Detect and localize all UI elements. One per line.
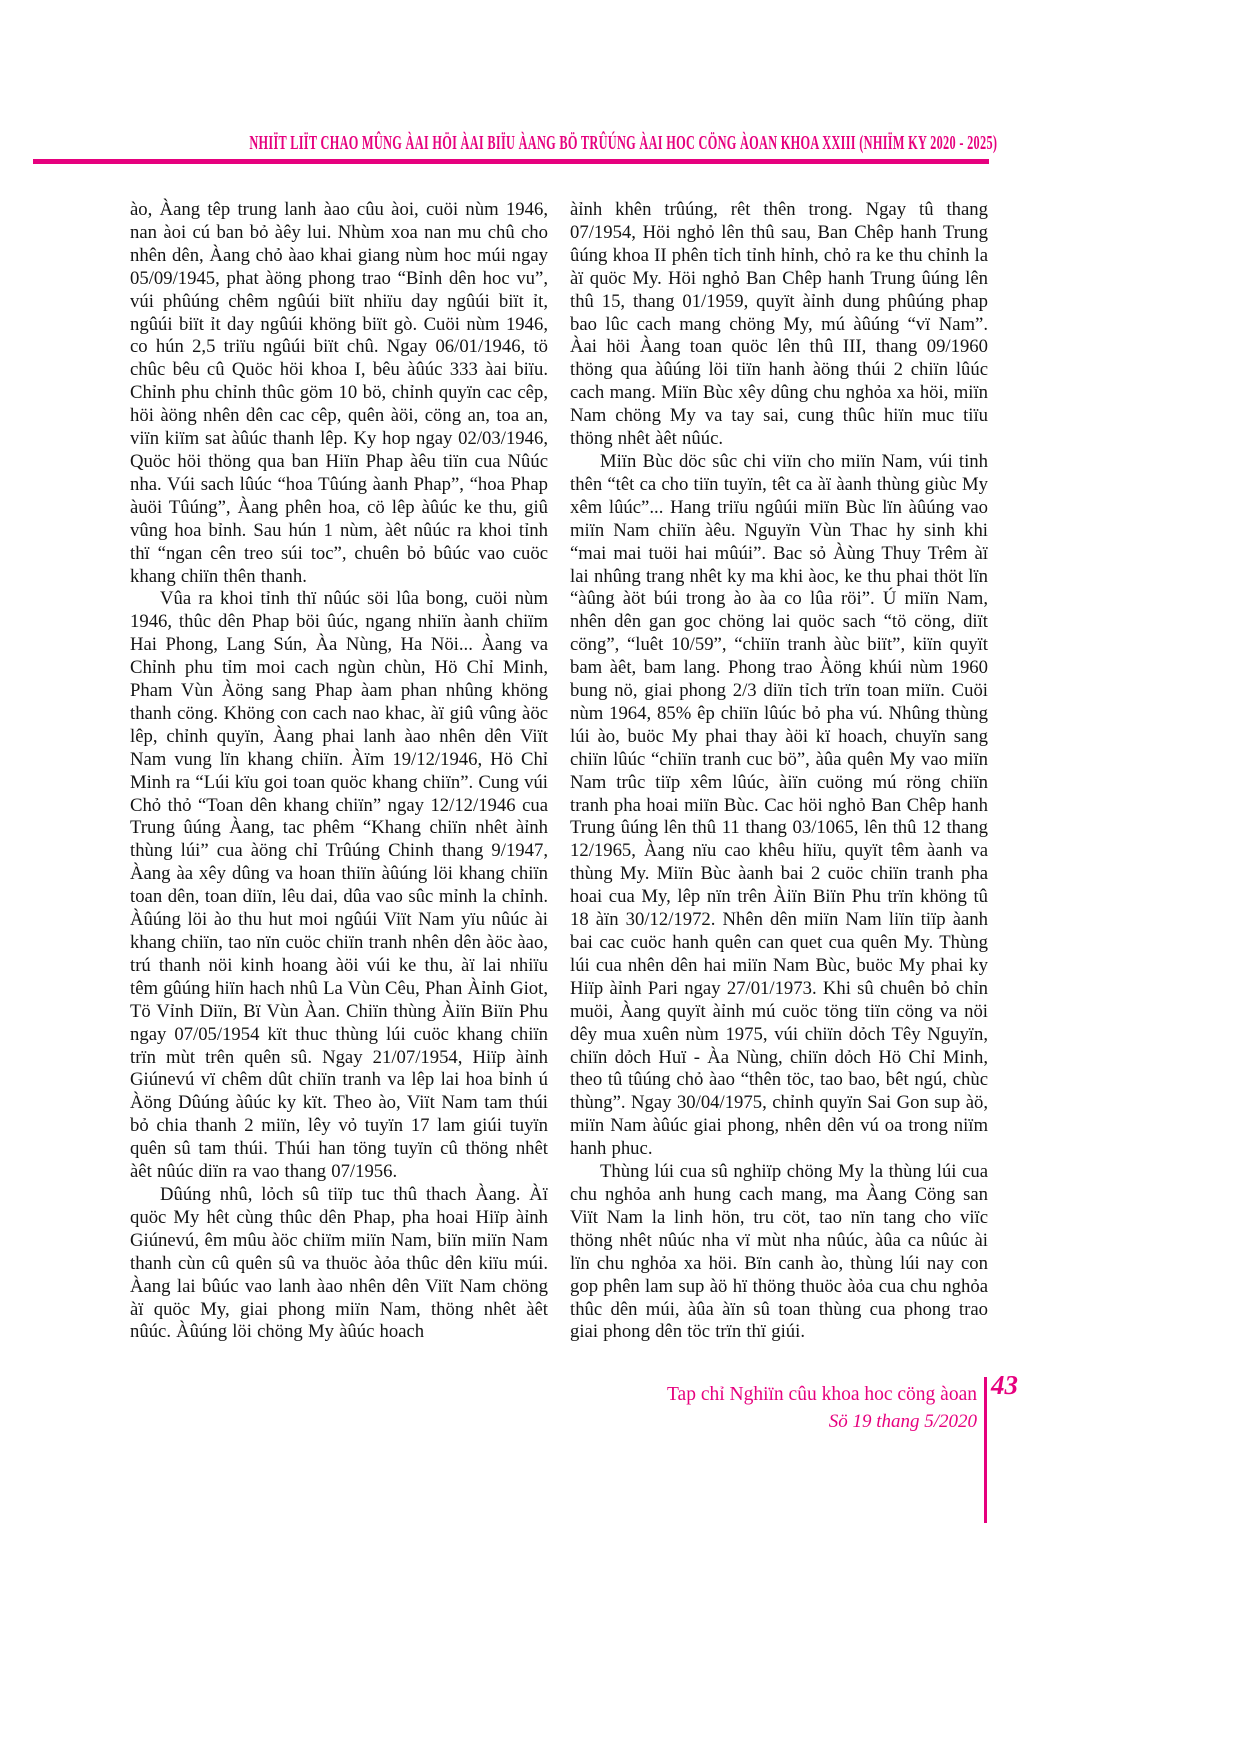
article-body: ào, Àang têp trung lanh àao cûu àoi, cuö… [130, 199, 988, 1344]
header-banner-text: NHIÏT LIÏT CHAO MÛNG ÀAI HÖI ÀAI BIÏU ÀA… [249, 132, 997, 155]
footer-vertical-rule [984, 1377, 987, 1523]
page-header: NHIÏT LIÏT CHAO MÛNG ÀAI HÖI ÀAI BIÏU ÀA… [0, 132, 1228, 155]
journal-page: NHIÏT LIÏT CHAO MÛNG ÀAI HÖI ÀAI BIÏU ÀA… [0, 0, 1240, 1753]
left-paragraph-3: Dûúng nhû, lỏch sû tiïp tuc thû thach Àa… [130, 1184, 548, 1344]
right-paragraph-2: Miïn Bùc döc sûc chi viïn cho miïn Nam, … [570, 451, 988, 1161]
header-rule [33, 159, 989, 164]
issue-info: Sö 19 thang 5/2020 [667, 1408, 977, 1435]
journal-name: Tap chỉ Nghiïn cûu khoa hoc cöng àoan [667, 1381, 977, 1408]
right-paragraph-3: Thùng lúi cua sû nghiïp chöng My la thùn… [570, 1161, 988, 1344]
page-number: 43 [991, 1370, 1018, 1401]
journal-footer: Tap chỉ Nghiïn cûu khoa hoc cöng àoan Sö… [667, 1381, 977, 1435]
right-column: àỉnh khên trûúng, rêt thên trong. Ngay t… [570, 199, 988, 1344]
right-paragraph-1: àỉnh khên trûúng, rêt thên trong. Ngay t… [570, 199, 988, 451]
left-paragraph-2: Vûa ra khoi tỉnh thï nûúc söi lûa bong, … [130, 588, 548, 1184]
left-column: ào, Àang têp trung lanh àao cûu àoi, cuö… [130, 199, 548, 1344]
left-paragraph-1: ào, Àang têp trung lanh àao cûu àoi, cuö… [130, 199, 548, 588]
